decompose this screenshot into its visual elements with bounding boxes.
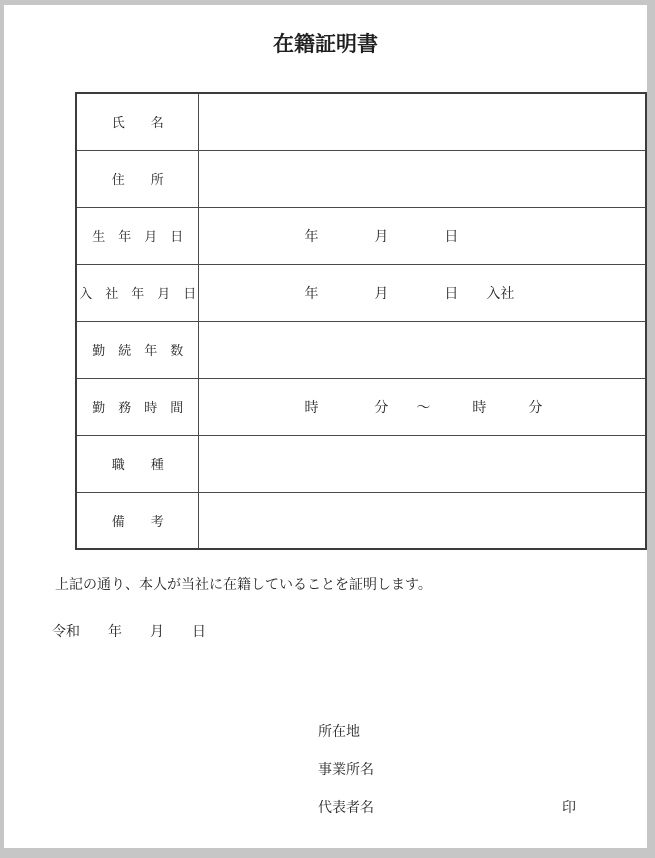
table-row-name: 氏 名	[76, 93, 646, 150]
address-label-cell: 住 所	[76, 150, 199, 207]
hire-date-label-cell: 入 社 年 月 日	[76, 264, 199, 321]
issuer-representative-label: 代表者名	[318, 802, 374, 816]
issuer-location-label: 所在地	[318, 726, 576, 740]
table-row-working-hours: 勤 務 時 間 時 分 ～ 時 分	[76, 378, 646, 435]
table-row-years-of-service: 勤 続 年 数	[76, 321, 646, 378]
working-hours-value-cell: 時 分 ～ 時 分	[199, 378, 646, 435]
hire-date-value-cell: 年 月 日 入社	[199, 264, 646, 321]
years-of-service-value-cell	[199, 321, 646, 378]
issuer-representative-line: 代表者名 印	[318, 802, 576, 816]
issuer-block: 所在地 事業所名 代表者名 印	[318, 726, 576, 816]
name-value-cell	[199, 93, 646, 150]
name-label-cell: 氏 名	[76, 93, 199, 150]
address-value-cell	[199, 150, 646, 207]
table-row-birthdate: 生 年 月 日 年 月 日	[76, 207, 646, 264]
table-row-hire-date: 入 社 年 月 日 年 月 日 入社	[76, 264, 646, 321]
document-title: 在籍証明書	[4, 32, 647, 56]
working-hours-label-cell: 勤 務 時 間	[76, 378, 199, 435]
document-page: 在籍証明書 氏 名 住 所 生 年 月 日 年 月 日 入 社 年 月 日 年 …	[4, 5, 647, 848]
table-row-address: 住 所	[76, 150, 646, 207]
birthdate-label-cell: 生 年 月 日	[76, 207, 199, 264]
job-type-label-cell: 職 種	[76, 435, 199, 492]
issue-date-line: 令和 年 月 日	[52, 623, 206, 643]
seal-mark: 印	[562, 802, 576, 816]
job-type-value-cell	[199, 435, 646, 492]
table-row-job-type: 職 種	[76, 435, 646, 492]
birthdate-value-cell: 年 月 日	[199, 207, 646, 264]
remarks-label-cell: 備 考	[76, 492, 199, 549]
issuer-office-name-label: 事業所名	[318, 764, 576, 778]
years-of-service-label-cell: 勤 続 年 数	[76, 321, 199, 378]
certificate-table: 氏 名 住 所 生 年 月 日 年 月 日 入 社 年 月 日 年 月 日 入社…	[75, 92, 647, 550]
certification-statement: 上記の通り、本人が当社に在籍していることを証明します。	[55, 576, 432, 596]
remarks-value-cell	[199, 492, 646, 549]
table-row-remarks: 備 考	[76, 492, 646, 549]
document-background: { "page": { "title": "在籍証明書" }, "table":…	[0, 0, 655, 858]
